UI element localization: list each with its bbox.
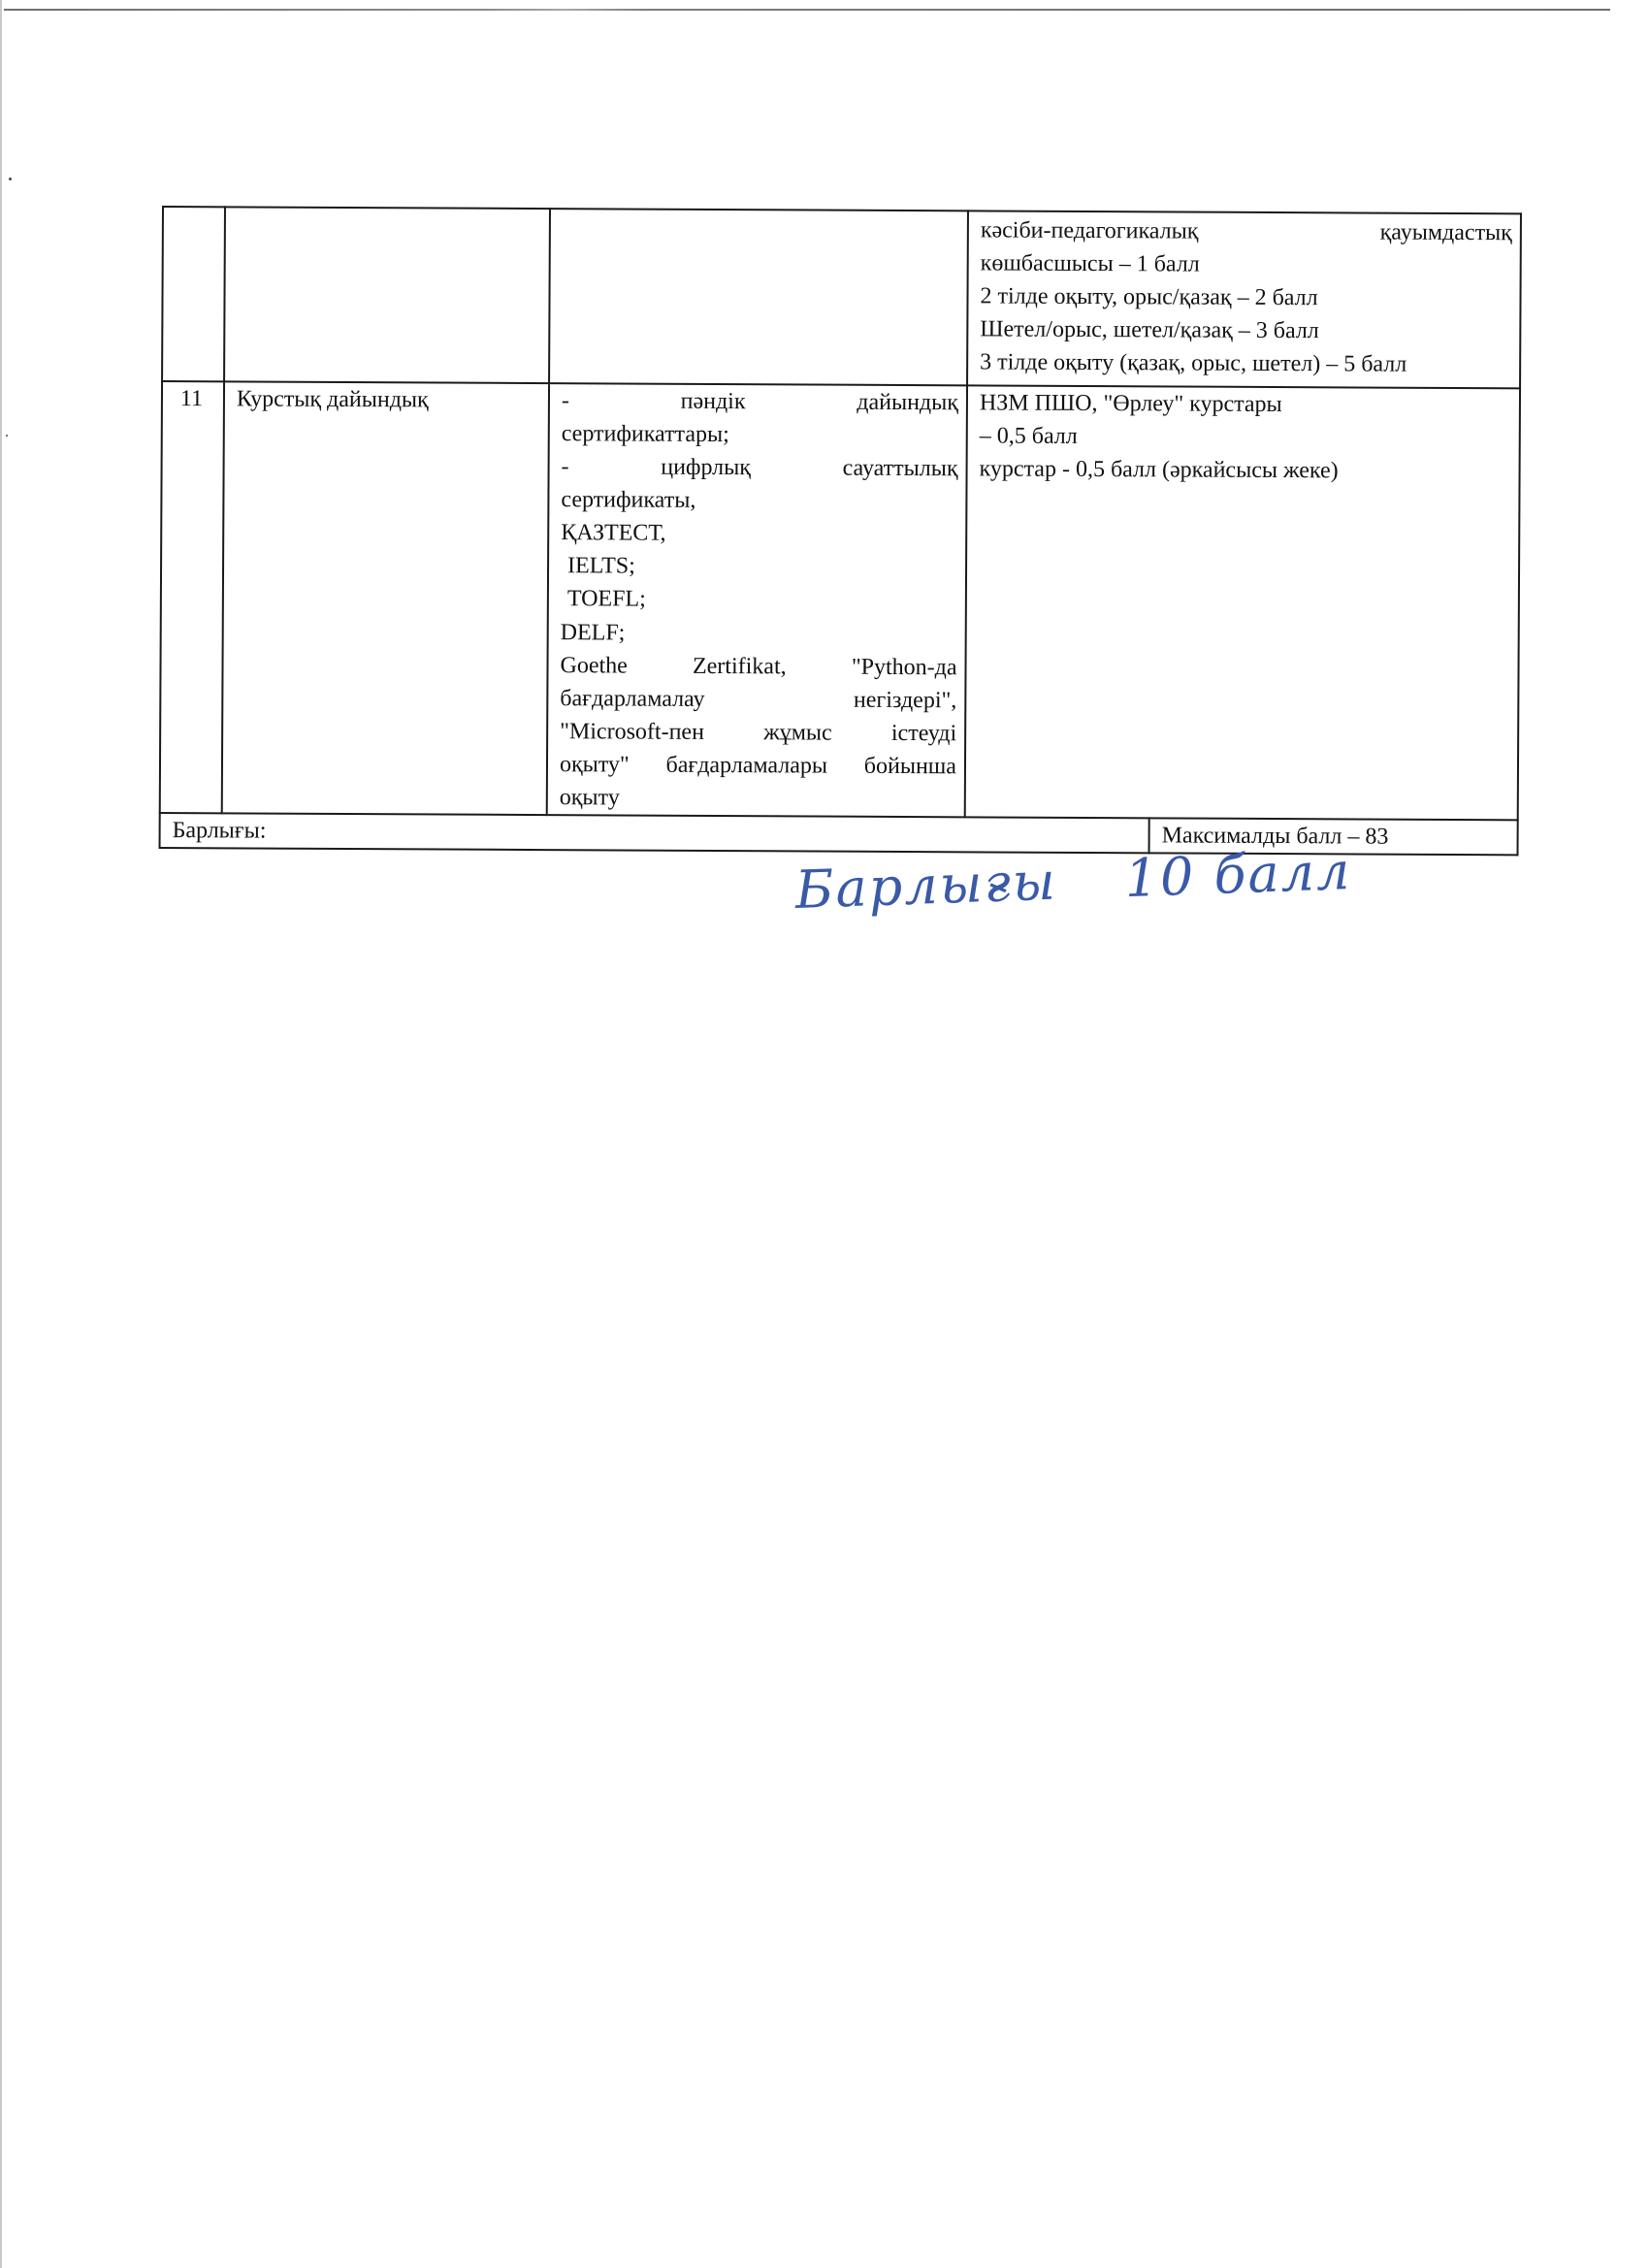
scan-speck	[9, 178, 12, 180]
scan-edge-top	[4, 9, 1610, 11]
criteria-table-grid: кәсіби-педагогикалық қауымдастық көшбасш…	[159, 206, 1522, 856]
cell-number: 11	[160, 381, 224, 813]
doc-line: бағдарламалау негіздері",	[560, 682, 956, 717]
table-row-11: 11 Курстық дайындық - пәндік дайындық се…	[160, 381, 1520, 820]
table-row-continued: кәсіби-педагогикалық қауымдастық көшбасш…	[162, 207, 1521, 388]
cell-scores: кәсіби-педагогикалық қауымдастық көшбасш…	[967, 211, 1521, 388]
doc-line: "Microsoft-пен жұмыс істеуді	[560, 715, 956, 750]
scan-speck	[6, 435, 8, 437]
doc-line: - цифрлық сауаттылық	[562, 450, 958, 485]
cell-criterion	[224, 207, 550, 383]
score-line: Шетел/орыс, шетел/қазақ – 3 балл	[980, 313, 1511, 349]
doc-line: DELF;	[561, 616, 957, 651]
criteria-table: кәсіби-педагогикалық қауымдастық көшбасш…	[159, 206, 1520, 856]
score-line: – 0,5 балл	[980, 419, 1511, 455]
doc-line: оқыту	[560, 781, 956, 816]
doc-line: Goethe Zertifikat, "Python-да	[560, 649, 956, 684]
cell-documents	[549, 209, 968, 385]
cell-scores: НЗМ ПШО, "Өрлеу" курстары – 0,5 балл кур…	[965, 385, 1520, 820]
doc-line: ҚАЗТЕСТ,	[561, 516, 957, 551]
cell-documents: - пәндік дайындық сертификаттары; - цифр…	[547, 383, 967, 817]
doc-line: сертификаты,	[561, 483, 957, 518]
handwritten-note: Барлығы 10 балл	[793, 821, 1398, 949]
score-line: көшбасшысы – 1 балл	[981, 246, 1512, 282]
handwritten-word: Барлығы	[794, 851, 1058, 921]
cell-criterion: Курстық дайындық	[222, 381, 549, 815]
doc-line: сертификаттары;	[562, 417, 958, 452]
score-line: НЗМ ПШО, "Өрлеу" курстары	[980, 386, 1511, 422]
score-line: 3 тілде оқыту (қазақ, орыс, шетел) – 5 б…	[980, 346, 1511, 382]
doc-line: IELTS;	[561, 550, 957, 585]
cell-number	[162, 207, 225, 381]
score-line: 2 тілде оқыту, орыс/қазақ – 2 балл	[980, 280, 1511, 316]
doc-line: - пәндік дайындық	[562, 384, 958, 419]
score-line: кәсіби-педагогикалық қауымдастық	[981, 213, 1512, 249]
scan-edge-left	[0, 0, 2, 2268]
handwritten-score: 10 балл	[1124, 840, 1353, 909]
doc-line: TOEFL;	[561, 583, 957, 618]
score-word: қауымдастық	[1380, 220, 1512, 246]
score-line: курстар - 0,5 балл (әркайсысы жеке)	[980, 453, 1511, 489]
score-word: кәсіби-педагогикалық	[981, 217, 1199, 243]
doc-line: оқыту" бағдарламалары бойынша	[560, 748, 956, 783]
